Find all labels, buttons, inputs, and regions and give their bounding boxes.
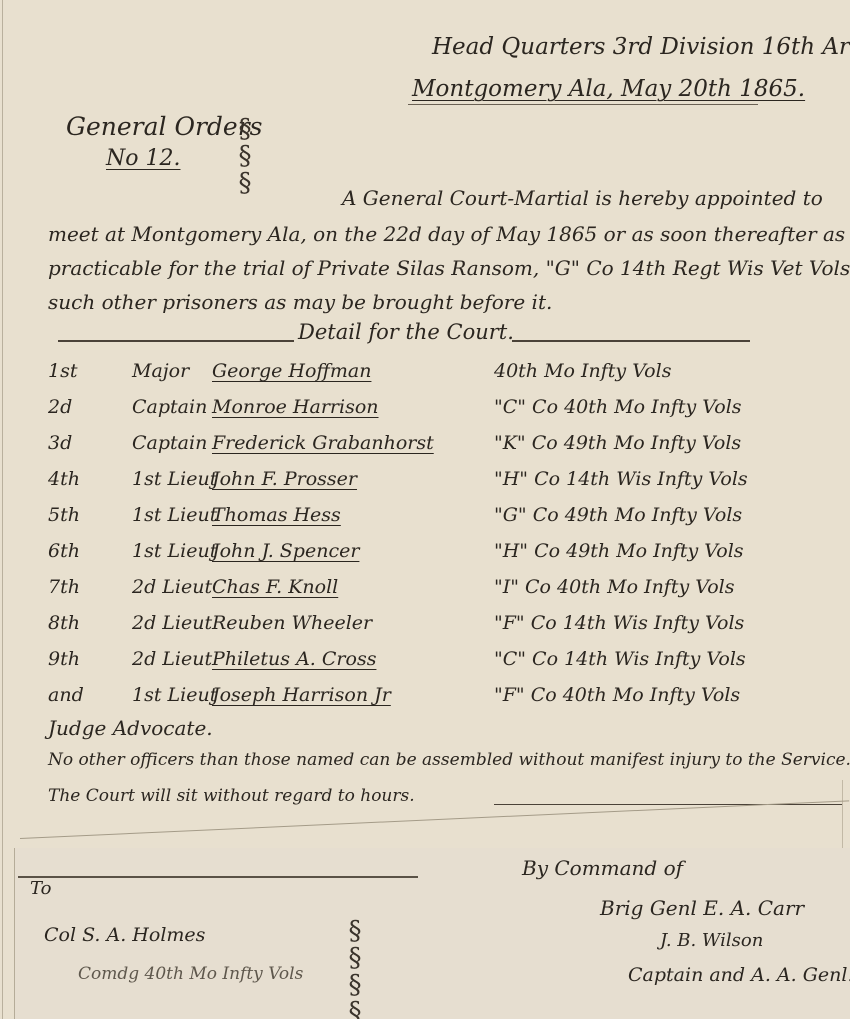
member-unit: "F" Co 14th Wis Infty Vols (494, 614, 744, 633)
address-rule (18, 876, 418, 878)
signer-name: J. B. Wilson (660, 932, 763, 950)
member-ordinal: 1st (48, 362, 77, 381)
member-rank: 1st Lieut (132, 686, 217, 705)
member-ordinal: 6th (48, 542, 80, 561)
member-ordinal: 2d (48, 398, 72, 417)
by-command-label: By Command of (522, 858, 683, 878)
member-ordinal: 9th (48, 650, 80, 669)
body-line-4: such other prisoners as may be brought b… (48, 292, 552, 312)
body-line-3: practicable for the trial of Private Sil… (48, 258, 850, 278)
member-name: John J. Spencer (212, 542, 359, 561)
place-date-line: Montgomery Ala, May 20th 1865. (412, 78, 805, 101)
member-unit: "F" Co 40th Mo Infty Vols (494, 686, 740, 705)
closing-rule (494, 804, 842, 805)
member-unit: "I" Co 40th Mo Infty Vols (494, 578, 735, 597)
member-ordinal: 4th (48, 470, 80, 489)
body-line-2: meet at Montgomery Ala, on the 22d day o… (48, 224, 845, 244)
member-unit: 40th Mo Infty Vols (494, 362, 671, 381)
address-command: Comdg 40th Mo Infty Vols (78, 966, 303, 983)
address-recipient: Col S. A. Holmes (44, 926, 205, 945)
member-rank: 2d Lieut (132, 650, 212, 669)
header-underline (408, 104, 758, 105)
member-ordinal: 5th (48, 506, 80, 525)
member-unit: "G" Co 49th Mo Infty Vols (494, 506, 742, 525)
brace-icon: §§§ (230, 114, 260, 195)
judge-advocate-label: Judge Advocate. (48, 718, 213, 738)
commanding-general: Brig Genl E. A. Carr (600, 898, 804, 918)
note-line-1: No other officers than those named can b… (48, 752, 850, 769)
member-name: John F. Prosser (212, 470, 357, 489)
brace-icon: §§§§ (340, 916, 370, 1019)
member-rank: Captain (132, 434, 207, 453)
member-ordinal: 8th (48, 614, 80, 633)
member-unit: "C" Co 14th Wis Infty Vols (494, 650, 746, 669)
member-name: Thomas Hess (212, 506, 341, 525)
member-name: Chas F. Knoll (212, 578, 338, 597)
member-unit: "K" Co 49th Mo Infty Vols (494, 434, 741, 453)
body-line-1: A General Court-Martial is hereby appoin… (342, 188, 823, 208)
member-ordinal: 7th (48, 578, 80, 597)
member-name: Joseph Harrison Jr (212, 686, 391, 705)
member-name: George Hoffman (212, 362, 371, 381)
member-rank: 2d Lieut (132, 614, 212, 633)
member-unit: "C" Co 40th Mo Infty Vols (494, 398, 742, 417)
member-name: Frederick Grabanhorst (212, 434, 434, 453)
orders-number: No 12. (106, 148, 180, 170)
member-ordinal: and (48, 686, 84, 705)
signer-title: Captain and A. A. Genl. (628, 966, 850, 985)
member-ordinal: 3d (48, 434, 72, 453)
detail-heading: Detail for the Court. (298, 322, 514, 343)
member-rank: Major (132, 362, 189, 381)
member-unit: "H" Co 49th Mo Infty Vols (494, 542, 744, 561)
member-name: Philetus A. Cross (212, 650, 376, 669)
member-name: Reuben Wheeler (212, 614, 372, 633)
page-edge (2, 0, 3, 1019)
member-rank: Captain (132, 398, 207, 417)
member-unit: "H" Co 14th Wis Infty Vols (494, 470, 748, 489)
member-rank: 1st Lieut (132, 542, 217, 561)
member-name: Monroe Harrison (212, 398, 379, 417)
detail-rule-right (512, 340, 750, 342)
headquarters-line: Head Quarters 3rd Division 16th Army Cor… (432, 36, 850, 59)
member-rank: 2d Lieut (132, 578, 212, 597)
note-line-2: The Court will sit without regard to hou… (48, 788, 415, 805)
detail-rule-left (58, 340, 294, 342)
member-rank: 1st Lieut (132, 506, 217, 525)
fold-line (20, 800, 849, 839)
address-to: To (30, 880, 51, 898)
document-page: Head Quarters 3rd Division 16th Army Cor… (0, 0, 850, 1019)
member-rank: 1st Lieut (132, 470, 217, 489)
